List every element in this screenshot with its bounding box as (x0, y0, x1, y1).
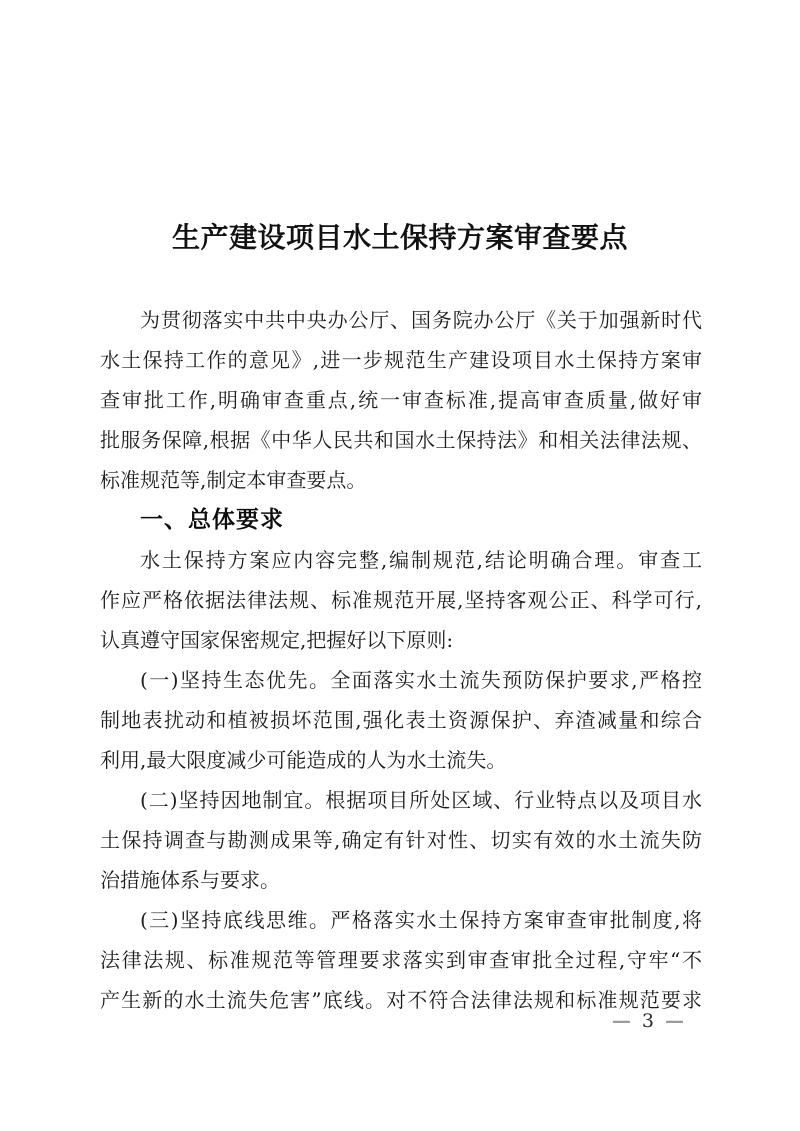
text-line: 标准规范等,制定本审查要点。 (100, 460, 702, 500)
text-line: (一)坚持生态优先。全面落实水土流失预防保护要求,严格控 (100, 660, 702, 700)
text-line: (三)坚持底线思维。严格落实水土保持方案审查审批制度,将 (100, 900, 702, 940)
page-footer: —3— (612, 1008, 684, 1034)
text-line: 制地表扰动和植被损坏范围,强化表土资源保护、弃渣减量和综合 (100, 700, 702, 740)
paragraph: (一)坚持生态优先。全面落实水土流失预防保护要求,严格控制地表扰动和植被损坏范围… (100, 660, 702, 780)
text-line: 一、总体要求 (100, 500, 702, 540)
text-line: 土保持调查与勘测成果等,确定有针对性、切实有效的水土流失防 (100, 820, 702, 860)
text-line: 查审批工作,明确审查重点,统一审查标准,提高审查质量,做好审 (100, 380, 702, 420)
section-heading: 一、总体要求 (100, 500, 702, 540)
text-line: 治措施体系与要求。 (100, 860, 702, 900)
text-line: 法律法规、标准规范等管理要求落实到审查审批全过程,守牢“不 (100, 940, 702, 980)
text-line: 利用,最大限度减少可能造成的人为水土流失。 (100, 740, 702, 780)
paragraph: (二)坚持因地制宜。根据项目所处区域、行业特点以及项目水土保持调查与勘测成果等,… (100, 780, 702, 900)
document-title: 生产建设项目水土保持方案审查要点 (0, 216, 800, 256)
document-page: 生产建设项目水土保持方案审查要点 为贯彻落实中共中央办公厅、国务院办公厅《关于加… (0, 0, 800, 1131)
text-line: (二)坚持因地制宜。根据项目所处区域、行业特点以及项目水 (100, 780, 702, 820)
footer-right-dash: — (665, 1010, 684, 1032)
text-line: 认真遵守国家保密规定,把握好以下原则: (100, 620, 702, 660)
paragraph: (三)坚持底线思维。严格落实水土保持方案审查审批制度,将法律法规、标准规范等管理… (100, 900, 702, 1020)
paragraph: 为贯彻落实中共中央办公厅、国务院办公厅《关于加强新时代水土保持工作的意见》,进一… (100, 300, 702, 500)
footer-left-dash: — (612, 1010, 631, 1032)
text-line: 水土保持方案应内容完整,编制规范,结论明确合理。审查工 (100, 540, 702, 580)
text-line: 批服务保障,根据《中华人民共和国水土保持法》和相关法律法规、 (100, 420, 702, 460)
paragraph: 水土保持方案应内容完整,编制规范,结论明确合理。审查工作应严格依据法律法规、标准… (100, 540, 702, 660)
document-body: 为贯彻落实中共中央办公厅、国务院办公厅《关于加强新时代水土保持工作的意见》,进一… (100, 300, 702, 1020)
text-line: 作应严格依据法律法规、标准规范开展,坚持客观公正、科学可行, (100, 580, 702, 620)
text-line: 水土保持工作的意见》,进一步规范生产建设项目水土保持方案审 (100, 340, 702, 380)
page-number: 3 (642, 1010, 654, 1032)
text-line: 为贯彻落实中共中央办公厅、国务院办公厅《关于加强新时代 (100, 300, 702, 340)
